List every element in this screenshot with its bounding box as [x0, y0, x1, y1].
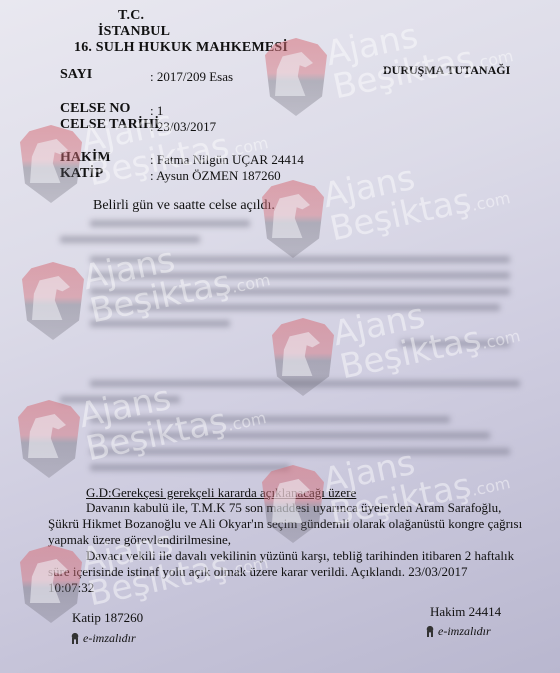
hakim-label: HAKİM [60, 150, 111, 166]
header-city: İSTANBUL [98, 24, 170, 40]
katip-label: KATİP [60, 166, 103, 182]
decision-para1-line3: yapmak üzere görevlendirilmesine, [48, 532, 231, 548]
gd-heading: G.D:Gerekçesi gerekçeli kararda açıklana… [86, 485, 356, 501]
decision-para1-line1: Davanın kabulü ile, T.M.K 75 son maddesi… [86, 500, 501, 516]
katip-esign: e-imzalıdır [70, 629, 136, 647]
court-record-page: T.C. İSTANBUL 16. SULH HUKUK MAHKEMESİ D… [0, 0, 560, 673]
hakim-value: : Fatma Nilgün UÇAR 24414 [150, 152, 304, 168]
decision-para2-line1: Davacı vekili ile davalı vekilinin yüzün… [86, 548, 514, 564]
document-type: DURUŞMA TUTANAĞI [383, 63, 510, 78]
header-tc: T.C. [118, 8, 144, 24]
celse-no-label: CELSE NO [60, 101, 130, 117]
redacted-section [60, 212, 530, 477]
katip-signature-label: Katip 187260 [72, 610, 143, 626]
decision-timestamp: 10:07:32 [48, 580, 94, 596]
katip-value: : Aysun ÖZMEN 187260 [150, 168, 281, 184]
sayi-label: SAYI [60, 67, 92, 83]
header-court: 16. SULH HUKUK MAHKEMESİ [74, 40, 288, 56]
celse-tarihi-label: CELSE TARİHİ [60, 117, 159, 133]
celse-tarihi-value: : 23/03/2017 [150, 119, 216, 135]
seal-icon [425, 625, 435, 637]
decision-para2-line2: süre içerisinde istinaf yolu açık olmak … [48, 564, 468, 580]
decision-para1-line2: Şükrü Hikmet Bozanoğlu ve Ali Okyar'ın s… [48, 516, 522, 532]
hakim-esign: e-imzalıdır [425, 622, 491, 640]
hakim-signature-label: Hakim 24414 [430, 604, 501, 620]
katip-esign-text: e-imzalıdır [83, 631, 136, 645]
seal-icon [70, 632, 80, 644]
hakim-esign-text: e-imzalıdır [438, 624, 491, 638]
sayi-value: : 2017/209 Esas [150, 69, 233, 85]
